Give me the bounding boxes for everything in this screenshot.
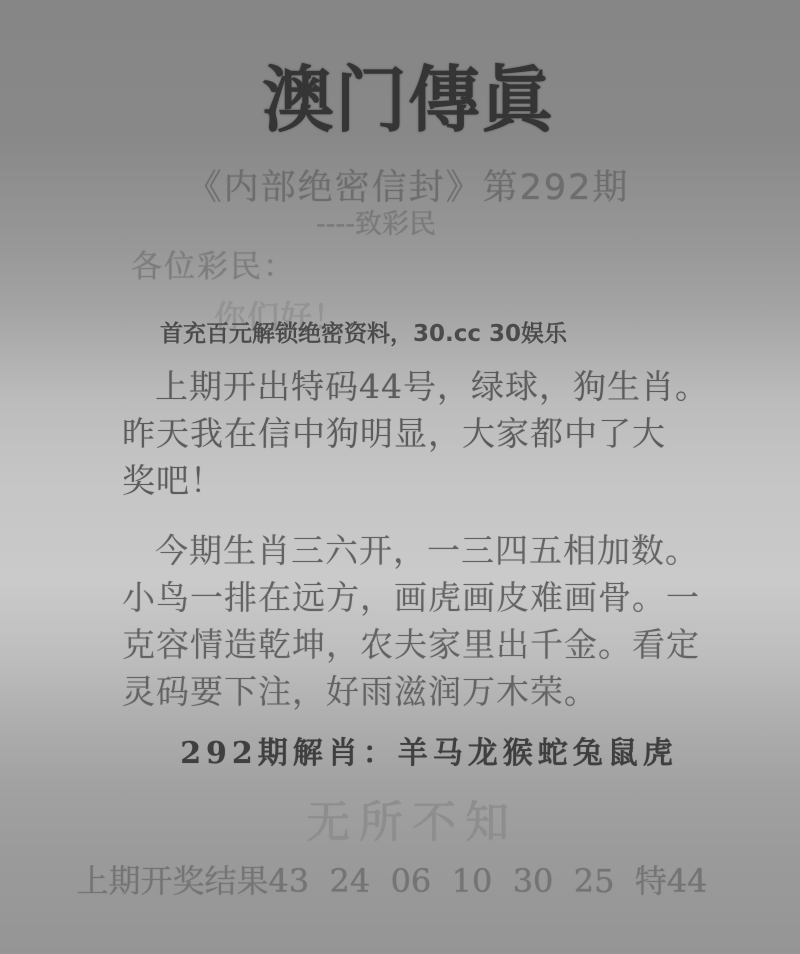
slogan: 无所不知 [0, 786, 800, 850]
promo-overlay-text: 首充百元解锁绝密资料，30.cc 30娱乐 [160, 315, 567, 348]
paragraph-line: 奖吧！ [122, 457, 709, 504]
paragraph-line: 上期开出特码44号，绿球，狗生肖。 [122, 363, 709, 410]
paragraph-line: 克容情造乾坤，农夫家里出千金。看定 [122, 621, 700, 668]
zodiac-interpretation-line: 292期解肖：羊马龙猴蛇兔鼠虎 [0, 728, 800, 772]
fax-flyer-page: 澳门傳眞 《内部绝密信封》第292期 ----致彩民 各位彩民： 你们好！ 首充… [0, 0, 800, 954]
paragraph-line: 昨天我在信中狗明显，大家都中了大 [122, 410, 709, 457]
dedication-line: ----致彩民 [0, 202, 800, 241]
salutation: 各位彩民： [131, 241, 296, 286]
page-title: 澳门傳眞 [0, 64, 800, 136]
paragraph-line: 今期生肖三六开，一三四五相加数。 [122, 527, 700, 574]
paragraph-last-draw: 上期开出特码44号，绿球，狗生肖。 昨天我在信中狗明显，大家都中了大 奖吧！ [122, 363, 709, 504]
paragraph-current-tip: 今期生肖三六开，一三四五相加数。 小鸟一排在远方，画虎画皮难画骨。一 克容情造乾… [122, 527, 700, 715]
paragraph-line: 灵码要下注，好雨滋润万木荣。 [122, 668, 700, 715]
paragraph-line: 小鸟一排在远方，画虎画皮难画骨。一 [122, 574, 700, 621]
previous-draw-results: 上期开奖结果43 24 06 10 30 25 特44 [0, 856, 800, 902]
